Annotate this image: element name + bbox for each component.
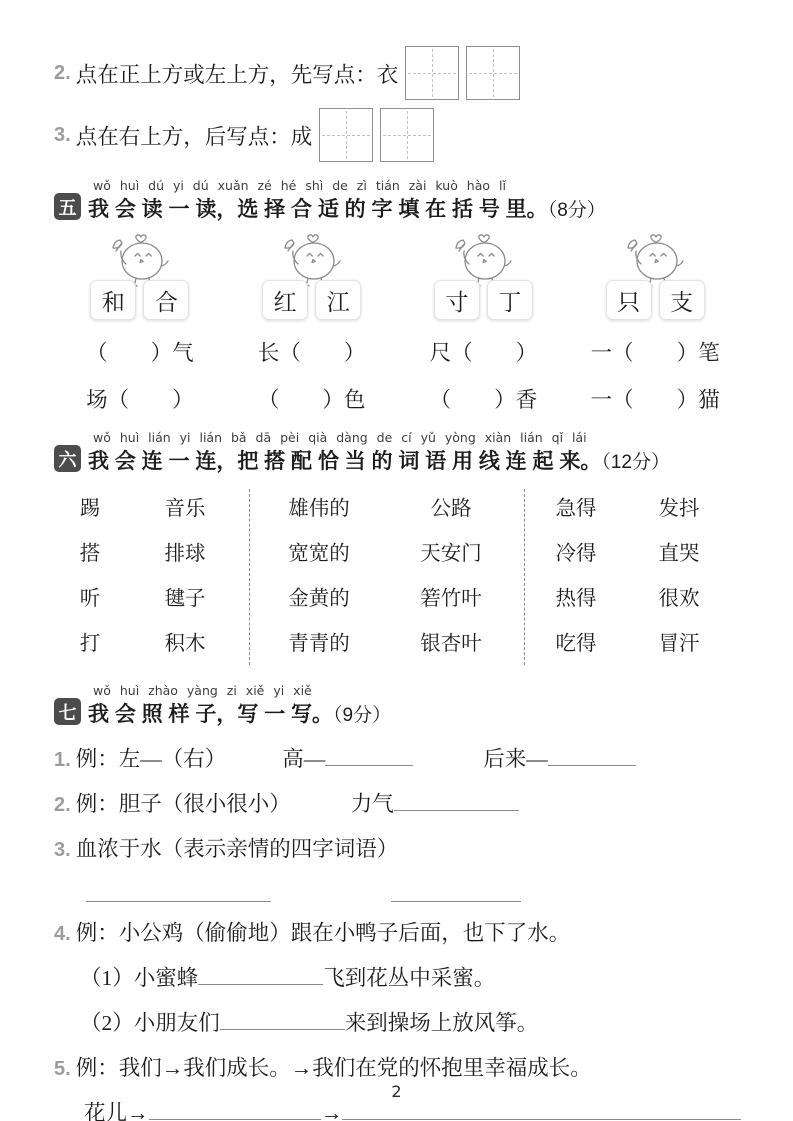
match-item: 直哭 xyxy=(622,532,736,577)
match-item: 排球 xyxy=(126,532,244,577)
match-item: 青青的 xyxy=(255,622,383,667)
fill-blank: 一（ ）笔 xyxy=(569,336,741,367)
match-item: 公路 xyxy=(383,487,519,532)
section-6-pinyin: wǒ huì lián yi lián bǎ dā pèi qià dàng d… xyxy=(93,430,670,445)
match-item: 银杏叶 xyxy=(383,622,519,667)
section-6-score: （12分） xyxy=(601,452,670,473)
item-number: 3. xyxy=(54,839,71,862)
column-divider xyxy=(249,489,250,665)
match-item: 踢 xyxy=(54,487,126,532)
page-number: 2 xyxy=(0,1082,793,1101)
answer-blank xyxy=(198,962,323,985)
section-7-pinyin: wǒ huì zhào yàng zi xiě yi xiě xyxy=(93,683,391,698)
match-item: 天安门 xyxy=(383,532,519,577)
question-text: 高— xyxy=(282,742,325,773)
section-6-badge: 六 xyxy=(54,445,81,472)
arrow-glyph: → xyxy=(321,1101,343,1121)
column-divider xyxy=(524,489,525,665)
match-item: 搭 xyxy=(54,532,126,577)
choice-group: 红 江 xyxy=(226,231,398,320)
item-number: 3. xyxy=(54,124,71,147)
example-text: 例：胆子（很小很小） xyxy=(76,787,291,818)
stroke-instruction: 点在正上方或左上方，先写点：衣 xyxy=(76,58,399,89)
match-item: 发抖 xyxy=(622,487,736,532)
section-7-badge: 七 xyxy=(54,698,81,725)
matching-exercise: 踢 搭 听 打 音乐 排球 毽子 积木 雄伟的 宽宽的 金黄的 青青的 公路 天… xyxy=(54,487,741,667)
answer-blank xyxy=(394,788,519,811)
item-number: 2. xyxy=(54,794,71,817)
question-text: 来到操场上放风筝。 xyxy=(345,1006,539,1037)
section-5-score: （8分） xyxy=(548,200,606,221)
match-item: 箬竹叶 xyxy=(383,577,519,622)
question-text: （2）小朋友们 xyxy=(80,1006,220,1037)
fill-blank: （ ）气 xyxy=(54,336,226,367)
character-card: 丁 xyxy=(487,280,533,320)
match-item: 急得 xyxy=(530,487,622,532)
question-text: 血浓于水（表示亲情的四字词语） xyxy=(76,832,399,863)
character-card: 和 xyxy=(90,280,136,320)
choice-group: 寸 丁 xyxy=(398,231,570,320)
answer-blank xyxy=(548,743,636,766)
example-text: 例：左—（右） xyxy=(76,742,227,773)
question-3: 3. 血浓于水（表示亲情的四字词语） xyxy=(54,832,741,863)
section-5-title: 我 会 读 一 读，选 择 合 适 的 字 填 在 括 号 里。 xyxy=(88,198,548,221)
item-number: 2. xyxy=(54,62,71,85)
stroke-item-3: 3. 点在右上方，后写点：成 xyxy=(54,108,741,162)
section-5-badge: 五 xyxy=(54,193,81,220)
question-4-sub-1: （1）小蜜蜂 飞到花丛中采蜜。 xyxy=(54,961,741,992)
match-item: 音乐 xyxy=(126,487,244,532)
writing-grid-box xyxy=(405,46,459,100)
question-5: 5. 例：我们→我们成长。→我们在党的怀抱里幸福成长。 xyxy=(54,1051,741,1082)
match-item: 很欢 xyxy=(622,577,736,622)
match-item: 打 xyxy=(54,622,126,667)
match-item: 热得 xyxy=(530,577,622,622)
character-card: 寸 xyxy=(434,280,480,320)
fill-blank: 场（ ） xyxy=(54,383,226,414)
character-choice-row: 和 合 xyxy=(54,231,741,320)
question-3-blanks xyxy=(54,885,741,902)
item-number: 5. xyxy=(54,1058,71,1081)
fill-blank: 一（ ）猫 xyxy=(569,383,741,414)
answer-blank xyxy=(86,885,271,902)
answer-blank xyxy=(220,1007,345,1030)
question-text: 飞到花丛中采蜜。 xyxy=(323,961,495,992)
fill-blank: （ ）香 xyxy=(398,383,570,414)
question-4-sub-2: （2）小朋友们 来到操场上放风筝。 xyxy=(54,1006,741,1037)
match-item: 冷得 xyxy=(530,532,622,577)
section-5-header: 五 wǒ huì dú yi dú xuǎn zé hé shì de zì t… xyxy=(54,178,741,223)
match-column: 踢 搭 听 打 xyxy=(54,487,126,667)
choice-group: 只 支 xyxy=(569,231,741,320)
match-column: 急得 冷得 热得 吃得 xyxy=(530,487,622,667)
match-item: 听 xyxy=(54,577,126,622)
fill-blank: 尺（ ） xyxy=(398,336,570,367)
character-card: 支 xyxy=(659,280,705,320)
writing-grid-box xyxy=(466,46,520,100)
fill-blank: （ ）色 xyxy=(226,383,398,414)
stroke-instruction: 点在右上方，后写点：成 xyxy=(76,120,313,151)
writing-grid-box xyxy=(380,108,434,162)
choice-group: 和 合 xyxy=(54,231,226,320)
question-text: 力气 xyxy=(351,787,394,818)
match-column: 雄伟的 宽宽的 金黄的 青青的 xyxy=(255,487,383,667)
stroke-item-2: 2. 点在正上方或左上方，先写点：衣 xyxy=(54,46,741,100)
match-item: 雄伟的 xyxy=(255,487,383,532)
question-1: 1. 例：左—（右） 高— 后来— xyxy=(54,742,741,773)
character-card: 江 xyxy=(315,280,361,320)
match-column: 音乐 排球 毽子 积木 xyxy=(126,487,244,667)
match-item: 金黄的 xyxy=(255,577,383,622)
question-4: 4. 例：小公鸡（偷偷地）跟在小鸭子后面，也下了水。 xyxy=(54,916,741,947)
match-item: 积木 xyxy=(126,622,244,667)
answer-blank xyxy=(325,743,413,766)
answer-blank xyxy=(391,885,521,902)
match-item: 冒汗 xyxy=(622,622,736,667)
section-5-pinyin: wǒ huì dú yi dú xuǎn zé hé shì de zì tiá… xyxy=(93,178,606,193)
question-text: 后来— xyxy=(483,742,548,773)
match-item: 毽子 xyxy=(126,577,244,622)
section-7-score: （9分） xyxy=(333,705,391,726)
match-column: 公路 天安门 箬竹叶 银杏叶 xyxy=(383,487,519,667)
writing-grid-box xyxy=(319,108,373,162)
fill-blank: 长（ ） xyxy=(226,336,398,367)
example-text: 例：我们→我们成长。→我们在党的怀抱里幸福成长。 xyxy=(76,1051,592,1082)
question-2: 2. 例：胆子（很小很小） 力气 xyxy=(54,787,741,818)
character-card: 只 xyxy=(606,280,652,320)
item-number: 4. xyxy=(54,923,71,946)
fill-blank-row-1: （ ）气 长（ ） 尺（ ） 一（ ）笔 xyxy=(54,336,741,367)
section-6-title: 我 会 连 一 连，把 搭 配 恰 当 的 词 语 用 线 连 起 来。 xyxy=(88,450,601,473)
match-column: 发抖 直哭 很欢 冒汗 xyxy=(622,487,736,667)
section-7-title: 我 会 照 样 子，写 一 写。 xyxy=(88,703,333,726)
character-card: 红 xyxy=(262,280,308,320)
match-item: 吃得 xyxy=(530,622,622,667)
question-text: （1）小蜜蜂 xyxy=(80,961,198,992)
worksheet-page: 2. 点在正上方或左上方，先写点：衣 3. 点在右上方，后写点：成 五 wǒ h… xyxy=(0,0,793,1121)
match-item: 宽宽的 xyxy=(255,532,383,577)
item-number: 1. xyxy=(54,749,71,772)
section-7-header: 七 wǒ huì zhào yàng zi xiě yi xiě 我 会 照 样… xyxy=(54,683,741,728)
example-text: 例：小公鸡（偷偷地）跟在小鸭子后面，也下了水。 xyxy=(76,916,571,947)
section-6-header: 六 wǒ huì lián yi lián bǎ dā pèi qià dàng… xyxy=(54,430,741,475)
fill-blank-row-2: 场（ ） （ ）色 （ ）香 一（ ）猫 xyxy=(54,383,741,414)
character-card: 合 xyxy=(143,280,189,320)
